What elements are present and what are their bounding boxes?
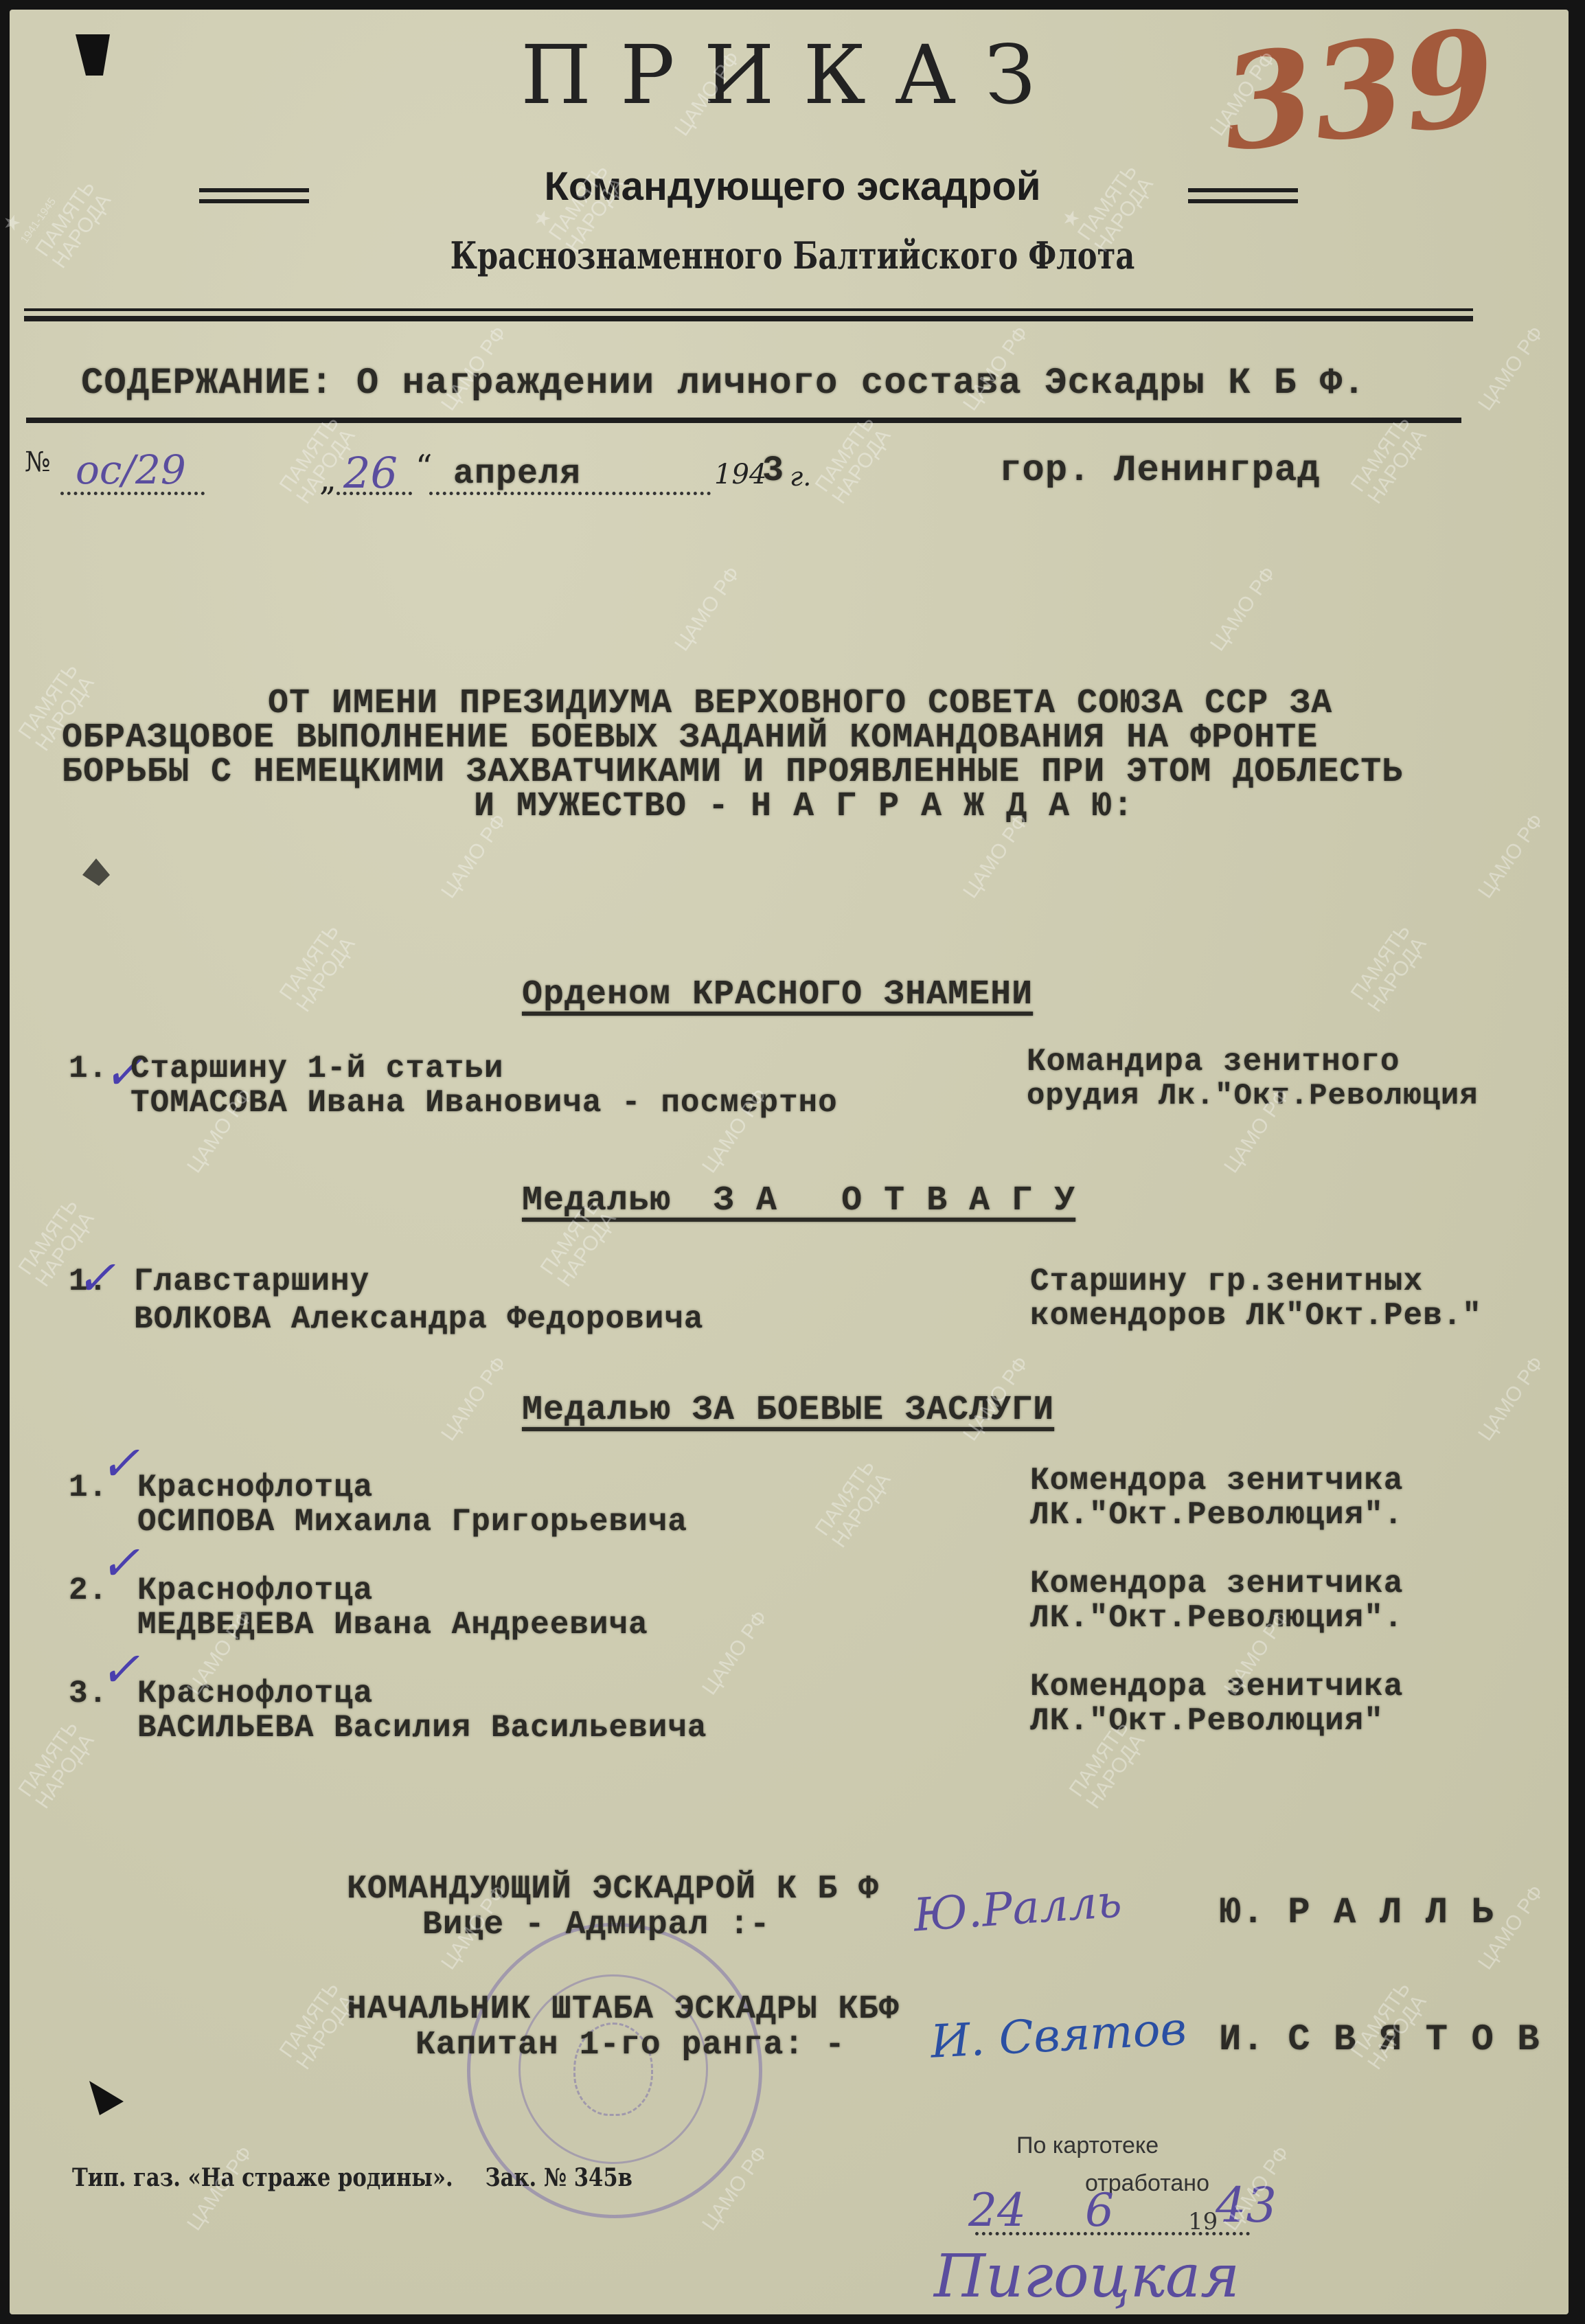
printer-imprint: Тип. газ. «На страже родины». Зак. № 345… bbox=[72, 2163, 632, 2192]
entry-name: ВОЛКОВА Александра Федоровича bbox=[134, 1301, 704, 1337]
content-label: СОДЕРЖАНИЕ: bbox=[81, 363, 333, 405]
print-order-number: Зак. № 345в bbox=[486, 2163, 632, 2192]
signer-title: НАЧАЛЬНИК ШТАБА ЭСКАДРЫ КБФ bbox=[347, 1992, 900, 2027]
day-close-quote: “ bbox=[415, 448, 433, 486]
preamble-line-3: БОРЬБЫ С НЕМЕЦКИМИ ЗАХВАТЧИКАМИ И ПРОЯВЛ… bbox=[62, 755, 1403, 790]
entry-position-line-2: комендоров ЛК"Окт.Рев." bbox=[1030, 1298, 1482, 1334]
content-rule bbox=[26, 418, 1461, 423]
content-text: О награждении личного состава Эскадры К … bbox=[356, 363, 1366, 405]
entry-name: ВАСИЛЬЕВА Василия Васильевича bbox=[137, 1710, 707, 1746]
organization-name: Краснознаменного Балтийского Флота bbox=[159, 233, 1426, 277]
order-month: апреля bbox=[453, 455, 581, 494]
processed-day: 24 bbox=[968, 2184, 1026, 2237]
processed-month: 6 bbox=[1085, 2184, 1114, 2237]
entry-position-line-1: Комендора зенитчика bbox=[1030, 1669, 1404, 1705]
entry-rank: Старшину 1-й статьи bbox=[130, 1051, 504, 1086]
entry-position-line-1: Комендора зенитчика bbox=[1030, 1566, 1404, 1602]
entry-rank: Главстаршину bbox=[134, 1264, 369, 1299]
signer-rank: Капитан 1-го ранга: - bbox=[347, 2027, 900, 2063]
order-number-row: № bbox=[25, 446, 51, 478]
entry-position-line-2: ЛК."Окт.Революция". bbox=[1030, 1600, 1404, 1636]
entry-position-line-2: ЛК."Окт.Революция" bbox=[1030, 1703, 1384, 1739]
entry-name: МЕДВЕДЕВА Ивана Андреевича bbox=[137, 1607, 648, 1643]
preamble: ОТ ИМЕНИ ПРЕЗИДИУМА ВЕРХОВНОГО СОВЕТА СО… bbox=[62, 687, 1403, 824]
order-number: ос/29 bbox=[76, 446, 186, 493]
signer-rank: Вице - Адмирал :- bbox=[347, 1907, 879, 1943]
issuer-title: Командующего эскадрой bbox=[0, 163, 1585, 209]
content-line: СОДЕРЖАНИЕ: О награждении личного состав… bbox=[81, 363, 1366, 405]
document-sheet bbox=[10, 10, 1569, 2314]
header-rule-bottom bbox=[24, 316, 1473, 321]
entry-position-line-1: Комендора зенитчика bbox=[1030, 1463, 1404, 1499]
entry-position-line-1: Старшину гр.зенитных bbox=[1030, 1264, 1423, 1299]
entry-name: ОСИПОВА Михаила Григорьевича bbox=[137, 1504, 687, 1540]
signer-title: КОМАНДУЮЩИЙ ЭСКАДРОЙ К Б Ф bbox=[347, 1871, 879, 1907]
entry-index: 3. bbox=[69, 1676, 108, 1711]
preamble-line-4: И МУЖЕСТВО - Н А Г Р А Ж Д А Ю: bbox=[62, 790, 1403, 824]
card-file-label: По картотеке bbox=[1016, 2132, 1159, 2159]
entry-rank: Краснофлотца bbox=[137, 1676, 373, 1711]
printer-name: Тип. газ. «На страже родины». bbox=[72, 2163, 453, 2192]
entry-index: 1. bbox=[69, 1051, 108, 1086]
signature-block-chief-of-staff: НАЧАЛЬНИК ШТАБА ЭСКАДРЫ КБФ Капитан 1-го… bbox=[347, 1992, 900, 2063]
processed-by-signature: Пигоцкая bbox=[934, 2242, 1240, 2311]
subtitle-right-dash bbox=[1188, 188, 1298, 192]
order-number-prefix: № bbox=[25, 446, 51, 478]
entry-position-line-2: орудия Лк."Окт.Революция bbox=[1027, 1078, 1479, 1114]
entry-index: 2. bbox=[69, 1573, 108, 1608]
year-suffix: 3 bbox=[762, 451, 784, 491]
preamble-line-2: ОБРАЗЦОВОЕ ВЫПОЛНЕНИЕ БОЕВЫХ ЗАДАНИЙ КОМ… bbox=[62, 721, 1403, 755]
entry-index: 1. bbox=[69, 1264, 108, 1299]
signer-typed-name: Ю. Р А Л Л Ь bbox=[1219, 1892, 1494, 1934]
entry-position-line-2: ЛК."Окт.Революция". bbox=[1030, 1497, 1404, 1533]
entry-position-line-1: Командира зенитного bbox=[1027, 1044, 1400, 1080]
year-unit: г. bbox=[790, 462, 811, 492]
subtitle-right-dash-2 bbox=[1188, 199, 1298, 203]
order-day: 26 bbox=[343, 448, 398, 498]
entry-rank: Краснофлотца bbox=[137, 1470, 373, 1505]
section-heading-red-banner: Орденом КРАСНОГО ЗНАМЕНИ bbox=[522, 975, 1033, 1014]
year-prefix: 194 bbox=[714, 459, 766, 490]
processed-year-prefix: 19 bbox=[1188, 2208, 1218, 2235]
entry-index: 1. bbox=[69, 1470, 108, 1505]
header-rule-top bbox=[24, 308, 1473, 311]
signature-block-commander: КОМАНДУЮЩИЙ ЭСКАДРОЙ К Б Ф Вице - Адмира… bbox=[347, 1871, 879, 1943]
order-city: гор. Ленинград bbox=[999, 450, 1321, 492]
preamble-line-1: ОТ ИМЕНИ ПРЕЗИДИУМА ВЕРХОВНОГО СОВЕТА СО… bbox=[62, 687, 1403, 721]
entry-rank: Краснофлотца bbox=[137, 1573, 373, 1608]
